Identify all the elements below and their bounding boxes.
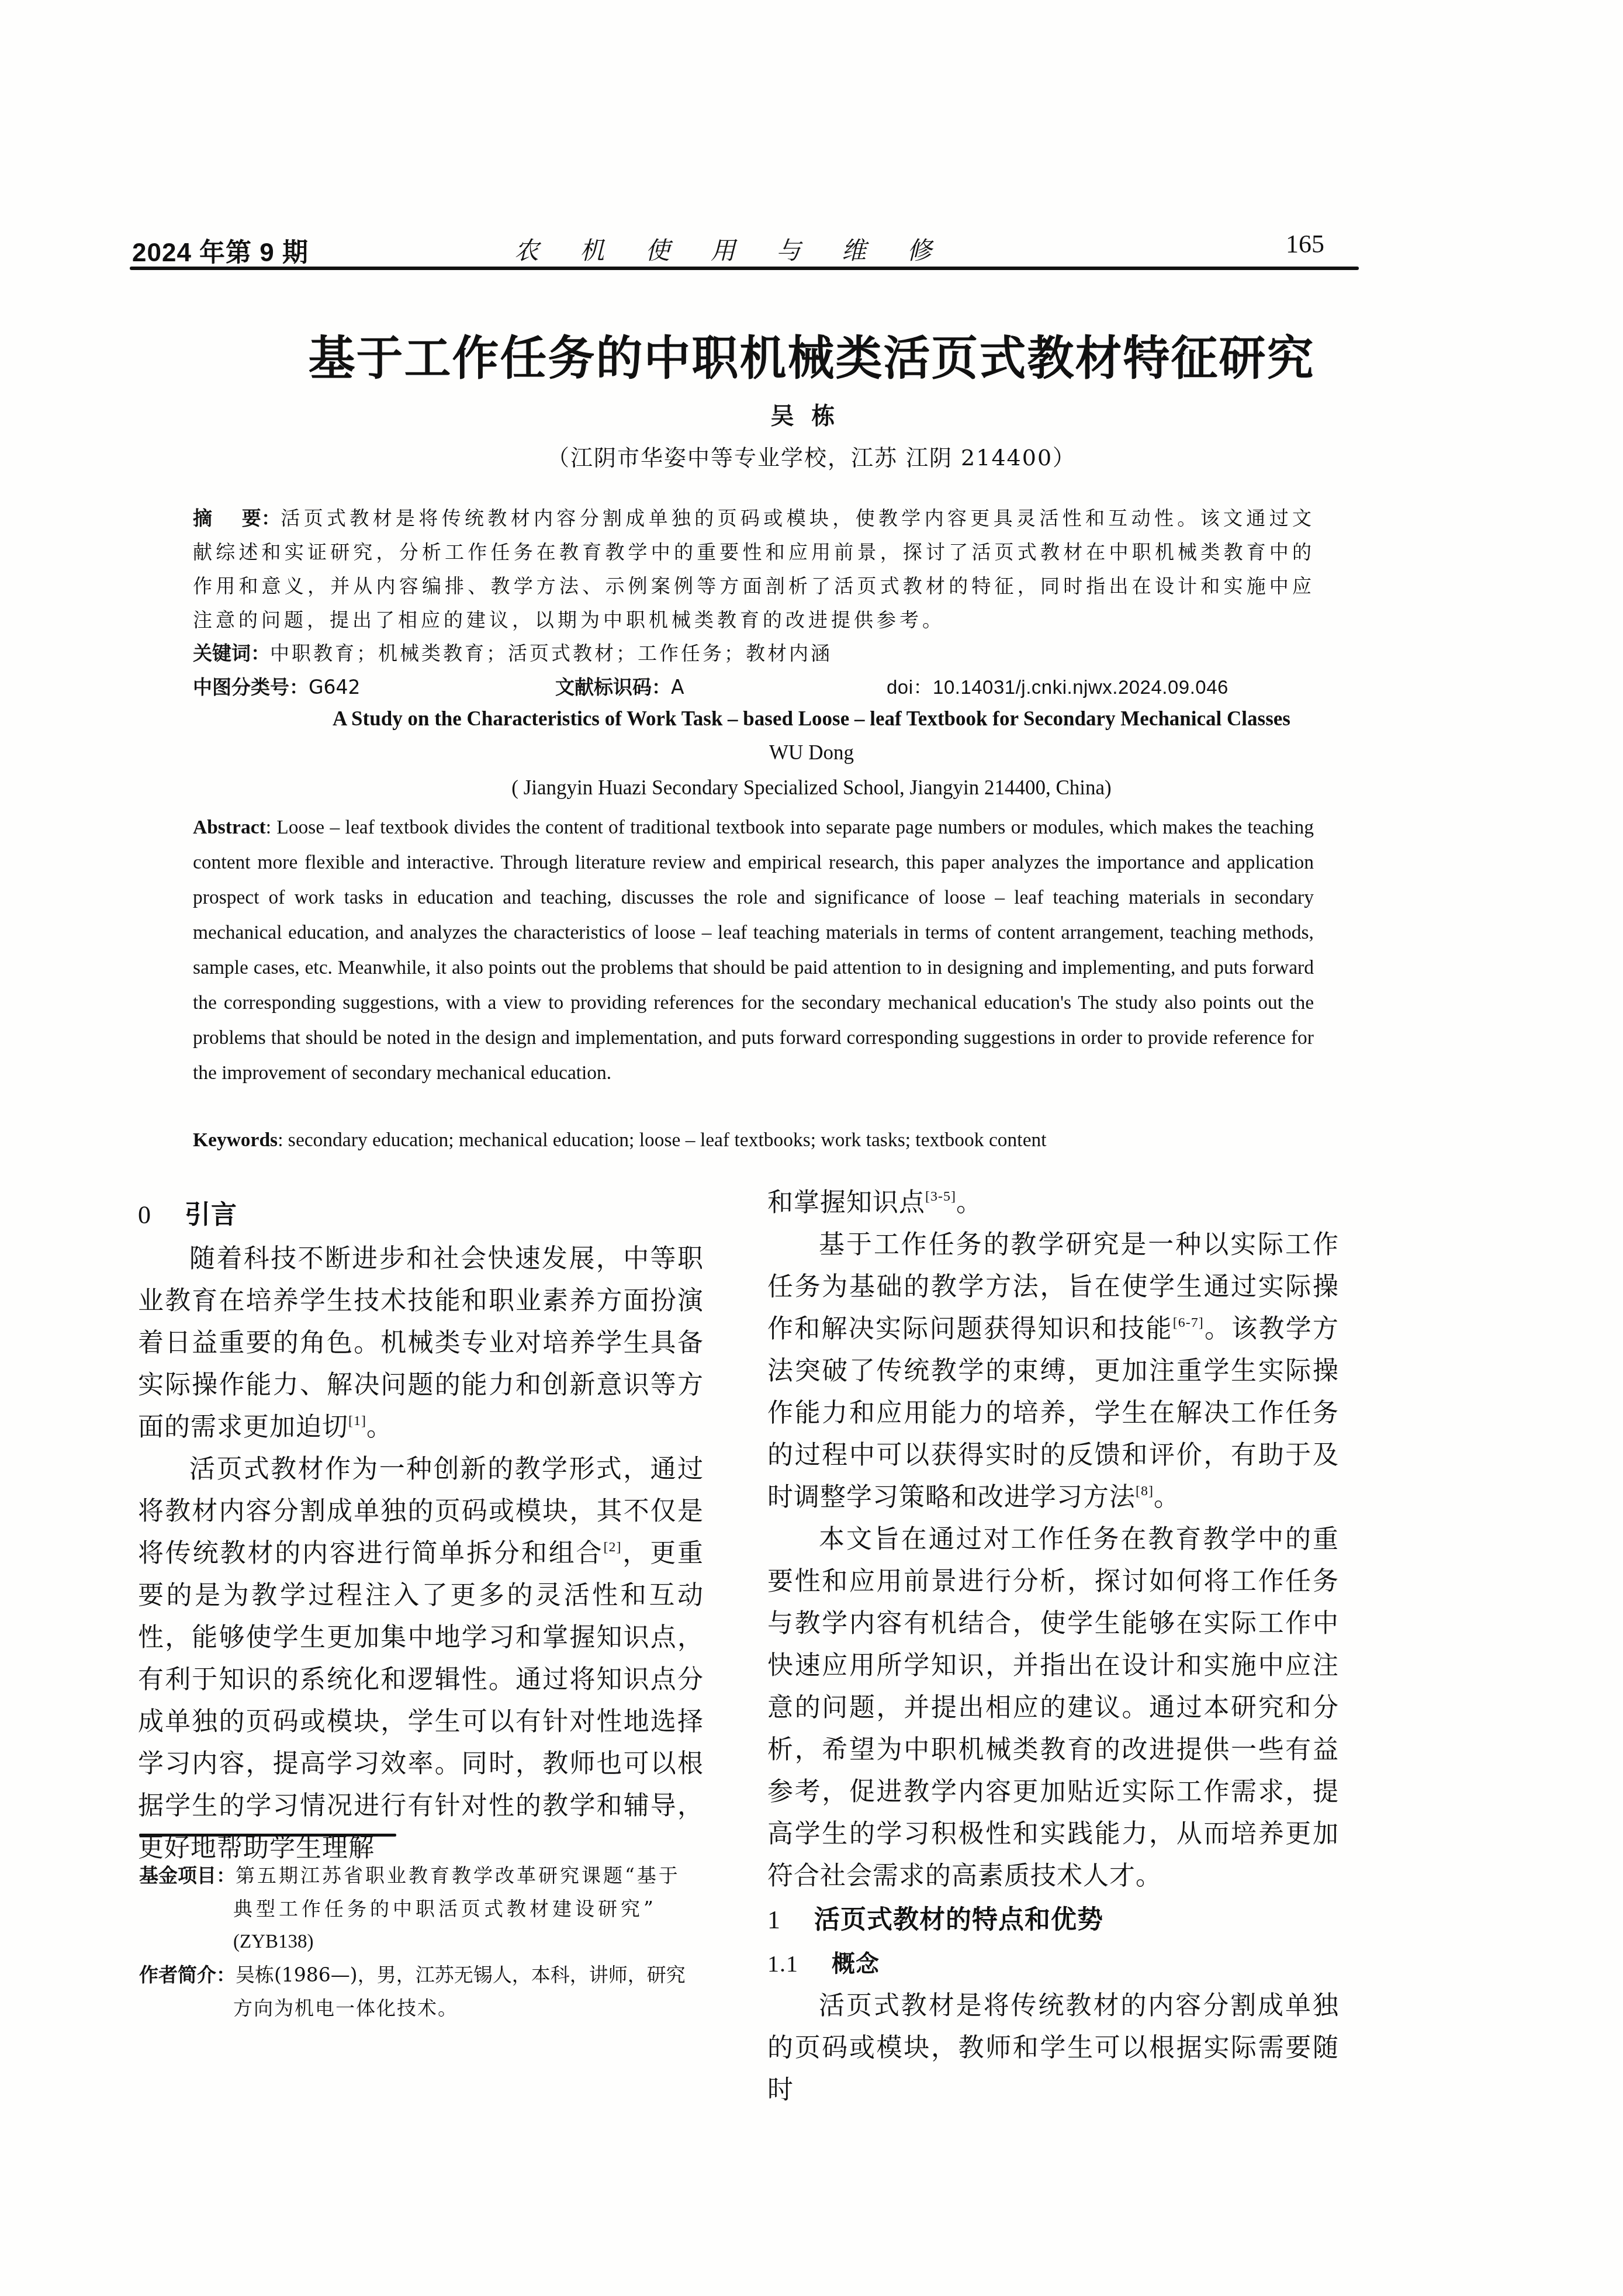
clc-value: G642 — [309, 676, 361, 699]
header-rule — [130, 267, 1359, 270]
author-bio-text: 方向为机电一体化技术。 — [139, 1991, 706, 2025]
affiliation-en: ( Jiangyin Huazi Secondary Specialized S… — [0, 776, 1623, 800]
abstract-cn-text: 活页式教材是将传统教材内容分割成单独的页码或模块，使教学内容更具灵活性和互动性。… — [193, 507, 1315, 631]
doc-code-label: 文献标识码： — [555, 676, 671, 699]
keywords-en-text: : secondary education; mechanical educat… — [278, 1129, 1046, 1151]
citation: [2] — [603, 1540, 621, 1555]
paragraph: 活页式教材是将传统教材的内容分割成单独的页码或模块，教师和学生可以根据实际需要随… — [767, 1985, 1339, 2111]
clc-number: 中图分类号：G642 — [193, 672, 361, 700]
paragraph-continuation: 和掌握知识点[3-5]。 — [767, 1182, 1339, 1224]
keywords-cn-label: 关键词： — [193, 642, 270, 665]
paragraph-text: 。 — [956, 1188, 982, 1218]
paper-title-cn: 基于工作任务的中职机械类活页式教材特征研究 — [0, 320, 1623, 388]
paragraph: 基于工作任务的教学研究是一种以实际工作任务为基础的教学方法，旨在使学生通过实际操… — [767, 1224, 1339, 1519]
paragraph: 活页式教材作为一种创新的教学形式，通过将教材内容分割成单独的页码或模块，其不仅是… — [138, 1448, 704, 1869]
paragraph-text: 。 — [1154, 1482, 1180, 1512]
issue-label: 2024 年第 9 期 — [132, 231, 309, 269]
author-cn: 吴栋 — [0, 397, 1623, 431]
fund-text: 典型工作任务的中职活页式教材建设研究” — [139, 1892, 706, 1925]
affiliation-cn: （江阴市华姿中等专业学校，江苏 江阴 214400） — [0, 440, 1623, 472]
clc-label: 中图分类号： — [193, 676, 309, 699]
footnote-rule — [139, 1834, 396, 1837]
paragraph-text: 。 — [366, 1412, 393, 1442]
abstract-cn-label-a: 摘 — [193, 507, 212, 530]
paragraph: 随着科技不断进步和社会快速发展，中等职业教育在培养学生技术技能和职业素养方面扮演… — [138, 1238, 704, 1448]
body-column-right: 和掌握知识点[3-5]。 基于工作任务的教学研究是一种以实际工作任务为基础的教学… — [767, 1182, 1339, 2111]
paragraph: 本文旨在通过对工作任务在教育教学中的重要性和应用前景进行分析，探讨如何将工作任务… — [767, 1519, 1339, 1897]
section-title: 引言 — [185, 1200, 237, 1230]
abstract-en: Abstract: Loose – leaf textbook divides … — [193, 810, 1314, 1091]
footnote-funding: 基金项目：第五期江苏省职业教育教学改革研究课题“基于 典型工作任务的中职活页式教… — [139, 1859, 706, 1959]
subsection-heading-1-1: 1.1概念 — [767, 1943, 1339, 1985]
footnote-author-bio: 作者简介：吴栋(1986—)，男，江苏无锡人，本科，讲师，研究 方向为机电一体化… — [139, 1958, 706, 2025]
paragraph-text: 本文旨在通过对工作任务在教育教学中的重要性和应用前景进行分析，探讨如何将工作任务… — [767, 1524, 1339, 1891]
keywords-cn-text: 中职教育；机械类教育；活页式教材；工作任务；教材内涵 — [270, 642, 832, 665]
fund-text: 第五期江苏省职业教育教学改革研究课题“基于 — [236, 1864, 680, 1887]
fund-code: (ZYB138) — [139, 1925, 706, 1959]
subsection-title: 概念 — [832, 1951, 880, 1977]
citation: [1] — [348, 1413, 366, 1429]
abstract-en-text: : Loose – leaf textbook divides the cont… — [193, 817, 1314, 1084]
abstract-cn: 摘要：活页式教材是将传统教材内容分割成单独的页码或模块，使教学内容更具灵活性和互… — [193, 502, 1315, 637]
keywords-cn: 关键词：中职教育；机械类教育；活页式教材；工作任务；教材内涵 — [193, 638, 832, 666]
doi: doi：10.14031/j.cnki.njwx.2024.09.046 — [887, 672, 1229, 700]
paragraph-text: 活页式教材是将传统教材的内容分割成单独的页码或模块，教师和学生可以根据实际需要随… — [767, 1991, 1339, 2105]
citation: [3-5] — [925, 1189, 956, 1204]
subsection-number: 1.1 — [767, 1943, 832, 1985]
paragraph-text: ，更重要的是为教学过程注入了更多的灵活性和互动性，能够使学生更加集中地学习和掌握… — [138, 1538, 704, 1863]
section-heading-0: 0引言 — [138, 1192, 704, 1238]
keywords-en-label: Keywords — [193, 1129, 278, 1151]
journal-name: 农机使用与维修 — [514, 231, 973, 267]
section-title: 活页式教材的特点和优势 — [814, 1905, 1103, 1935]
section-number: 0 — [138, 1192, 185, 1238]
page-number: 165 — [1286, 229, 1324, 259]
author-bio-label: 作者简介： — [139, 1963, 236, 1986]
author-bio-text: 吴栋(1986—)，男，江苏无锡人，本科，讲师，研究 — [236, 1963, 686, 1986]
paragraph-text: 和掌握知识点 — [767, 1188, 925, 1218]
fund-label: 基金项目： — [139, 1864, 236, 1887]
section-heading-1: 1活页式教材的特点和优势 — [767, 1897, 1339, 1943]
doc-code-value: A — [671, 676, 684, 699]
body-column-left: 0引言 随着科技不断进步和社会快速发展，中等职业教育在培养学生技术技能和职业素养… — [138, 1192, 704, 1869]
paper-title-en: A Study on the Characteristics of Work T… — [0, 707, 1623, 731]
citation: [6-7] — [1173, 1315, 1204, 1330]
document-code: 文献标识码：A — [555, 672, 684, 700]
paragraph-text: 随着科技不断进步和社会快速发展，中等职业教育在培养学生技术技能和职业素养方面扮演… — [138, 1244, 704, 1442]
abstract-en-label: Abstract — [193, 817, 266, 838]
keywords-en: Keywords: secondary education; mechanica… — [193, 1129, 1047, 1152]
author-en: WU Dong — [0, 741, 1623, 765]
abstract-cn-label-b: 要： — [241, 507, 281, 530]
section-number: 1 — [767, 1897, 814, 1943]
citation: [8] — [1136, 1484, 1154, 1499]
